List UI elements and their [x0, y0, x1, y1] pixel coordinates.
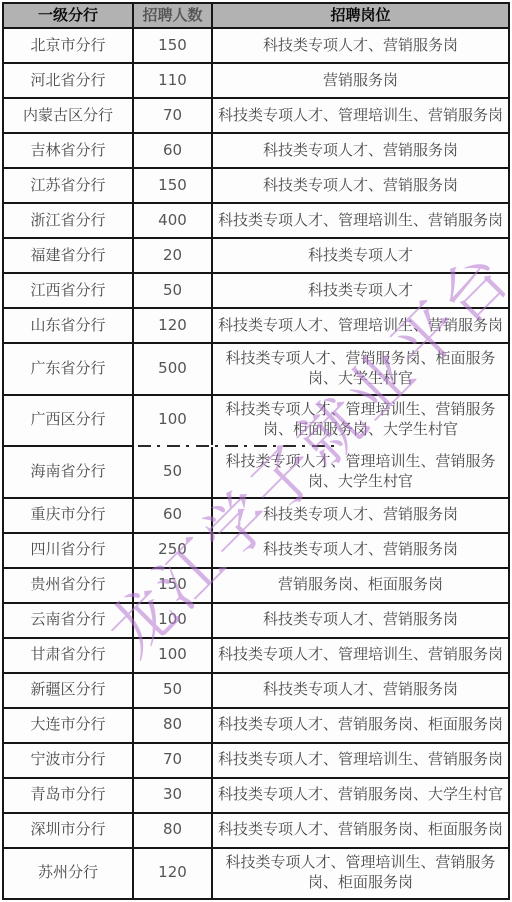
- positions-cell: 科技类专项人才、营销服务岗: [213, 499, 508, 532]
- positions-cell: 科技类专项人才、营销服务岗: [213, 534, 508, 567]
- positions-cell: 科技类专项人才、管理培训生、营销服务岗、大学生村官: [213, 447, 508, 497]
- headcount-cell: 80: [134, 814, 213, 847]
- table-row: 宁波市分行 70 科技类专项人才、管理培训生、营销服务岗: [4, 742, 508, 777]
- branch-name-cell: 新疆区分行: [4, 674, 134, 707]
- branch-name-cell: 河北省分行: [4, 64, 134, 97]
- table-row: 深圳市分行 80 科技类专项人才、营销服务岗、柜面服务岗: [4, 812, 508, 847]
- positions-cell: 科技类专项人才、管理培训生、营销服务岗: [213, 309, 508, 342]
- branch-name-cell: 吉林省分行: [4, 134, 134, 167]
- table-row: 福建省分行 20 科技类专项人才: [4, 237, 508, 272]
- page: 一级分行 招聘人数 招聘岗位 北京市分行 150 科技类专项人才、营销服务岗 河…: [0, 0, 512, 902]
- headcount-cell: 150: [134, 29, 213, 62]
- branch-name-cell: 云南省分行: [4, 604, 134, 637]
- headcount-cell: 120: [134, 309, 213, 342]
- recruitment-table: 一级分行 招聘人数 招聘岗位 北京市分行 150 科技类专项人才、营销服务岗 河…: [2, 2, 510, 900]
- positions-cell: 营销服务岗、柜面服务岗: [213, 569, 508, 602]
- positions-cell: 营销服务岗: [213, 64, 508, 97]
- branch-name-cell: 北京市分行: [4, 29, 134, 62]
- branch-name-cell: 福建省分行: [4, 239, 134, 272]
- table-row: 广东省分行 500 科技类专项人才、营销服务岗、柜面服务岗、大学生村官: [4, 342, 508, 394]
- positions-cell: 科技类专项人才、营销服务岗: [213, 604, 508, 637]
- table-row: 山东省分行 120 科技类专项人才、管理培训生、营销服务岗: [4, 307, 508, 342]
- headcount-cell: 50: [134, 674, 213, 707]
- table-row: 河北省分行 110 营销服务岗: [4, 62, 508, 97]
- branch-name-cell: 甘肃省分行: [4, 639, 134, 672]
- headcount-cell: 80: [134, 709, 213, 742]
- positions-cell: 科技类专项人才、营销服务岗、柜面服务岗: [213, 814, 508, 847]
- header-headcount: 招聘人数: [134, 4, 213, 27]
- table-row: 江苏省分行 150 科技类专项人才、营销服务岗: [4, 167, 508, 202]
- table-row: 江西省分行 50 科技类专项人才: [4, 272, 508, 307]
- positions-cell: 科技类专项人才、管理培训生、营销服务岗: [213, 99, 508, 132]
- header-positions: 招聘岗位: [213, 4, 508, 27]
- branch-name-cell: 青岛市分行: [4, 779, 134, 812]
- headcount-cell: 50: [134, 274, 213, 307]
- headcount-cell: 110: [134, 64, 213, 97]
- headcount-cell: 150: [134, 169, 213, 202]
- branch-name-cell: 苏州分行: [4, 849, 134, 899]
- headcount-cell: 70: [134, 99, 213, 132]
- positions-cell: 科技类专项人才: [213, 274, 508, 307]
- branch-name-cell: 深圳市分行: [4, 814, 134, 847]
- positions-cell: 科技类专项人才、营销服务岗、柜面服务岗: [213, 709, 508, 742]
- table-row: 吉林省分行 60 科技类专项人才、营销服务岗: [4, 132, 508, 167]
- headcount-cell: 100: [134, 604, 213, 637]
- table-row: 重庆市分行 60 科技类专项人才、营销服务岗: [4, 497, 508, 532]
- branch-name-cell: 大连市分行: [4, 709, 134, 742]
- headcount-cell: 100: [134, 396, 213, 446]
- headcount-cell: 70: [134, 744, 213, 777]
- headcount-cell: 500: [134, 344, 213, 394]
- table-header-row: 一级分行 招聘人数 招聘岗位: [4, 4, 508, 29]
- branch-name-cell: 浙江省分行: [4, 204, 134, 237]
- header-branch: 一级分行: [4, 4, 134, 27]
- table-row: 青岛市分行 30 科技类专项人才、营销服务岗、大学生村官: [4, 777, 508, 812]
- branch-name-cell: 广西区分行: [4, 396, 134, 446]
- headcount-cell: 30: [134, 779, 213, 812]
- positions-cell: 科技类专项人才、管理培训生、营销服务岗: [213, 639, 508, 672]
- table-row: 新疆区分行 50 科技类专项人才、营销服务岗: [4, 672, 508, 707]
- table-row: 海南省分行 50 科技类专项人才、管理培训生、营销服务岗、大学生村官: [4, 445, 508, 497]
- headcount-cell: 100: [134, 639, 213, 672]
- positions-cell: 科技类专项人才、管理培训生、营销服务岗: [213, 744, 508, 777]
- positions-cell: 科技类专项人才、营销服务岗: [213, 169, 508, 202]
- table-row: 云南省分行 100 科技类专项人才、营销服务岗: [4, 602, 508, 637]
- positions-cell: 科技类专项人才、管理培训生、营销服务岗、柜面服务岗、大学生村官: [213, 396, 508, 446]
- table-row: 浙江省分行 400 科技类专项人才、管理培训生、营销服务岗: [4, 202, 508, 237]
- branch-name-cell: 内蒙古区分行: [4, 99, 134, 132]
- branch-name-cell: 广东省分行: [4, 344, 134, 394]
- headcount-cell: 400: [134, 204, 213, 237]
- positions-cell: 科技类专项人才、营销服务岗、柜面服务岗、大学生村官: [213, 344, 508, 394]
- table-row: 甘肃省分行 100 科技类专项人才、管理培训生、营销服务岗: [4, 637, 508, 672]
- headcount-cell: 60: [134, 499, 213, 532]
- positions-cell: 科技类专项人才、管理培训生、营销服务岗、柜面服务岗: [213, 849, 508, 899]
- branch-name-cell: 海南省分行: [4, 447, 134, 497]
- branch-name-cell: 江西省分行: [4, 274, 134, 307]
- table-row: 大连市分行 80 科技类专项人才、营销服务岗、柜面服务岗: [4, 707, 508, 742]
- positions-cell: 科技类专项人才、管理培训生、营销服务岗: [213, 204, 508, 237]
- branch-name-cell: 江苏省分行: [4, 169, 134, 202]
- table-row: 广西区分行 100 科技类专项人才、管理培训生、营销服务岗、柜面服务岗、大学生村…: [4, 394, 508, 446]
- table-row: 北京市分行 150 科技类专项人才、营销服务岗: [4, 29, 508, 62]
- positions-cell: 科技类专项人才、营销服务岗、大学生村官: [213, 779, 508, 812]
- headcount-cell: 20: [134, 239, 213, 272]
- branch-name-cell: 重庆市分行: [4, 499, 134, 532]
- positions-cell: 科技类专项人才: [213, 239, 508, 272]
- headcount-cell: 50: [134, 447, 213, 497]
- headcount-cell: 60: [134, 134, 213, 167]
- headcount-cell: 250: [134, 534, 213, 567]
- positions-cell: 科技类专项人才、营销服务岗: [213, 29, 508, 62]
- table-row: 四川省分行 250 科技类专项人才、营销服务岗: [4, 532, 508, 567]
- positions-cell: 科技类专项人才、营销服务岗: [213, 674, 508, 707]
- table-row: 贵州省分行 150 营销服务岗、柜面服务岗: [4, 567, 508, 602]
- table-row: 苏州分行 120 科技类专项人才、管理培训生、营销服务岗、柜面服务岗: [4, 847, 508, 899]
- branch-name-cell: 贵州省分行: [4, 569, 134, 602]
- positions-cell: 科技类专项人才、营销服务岗: [213, 134, 508, 167]
- branch-name-cell: 四川省分行: [4, 534, 134, 567]
- headcount-cell: 120: [134, 849, 213, 899]
- table-row: 内蒙古区分行 70 科技类专项人才、管理培训生、营销服务岗: [4, 97, 508, 132]
- headcount-cell: 150: [134, 569, 213, 602]
- branch-name-cell: 山东省分行: [4, 309, 134, 342]
- branch-name-cell: 宁波市分行: [4, 744, 134, 777]
